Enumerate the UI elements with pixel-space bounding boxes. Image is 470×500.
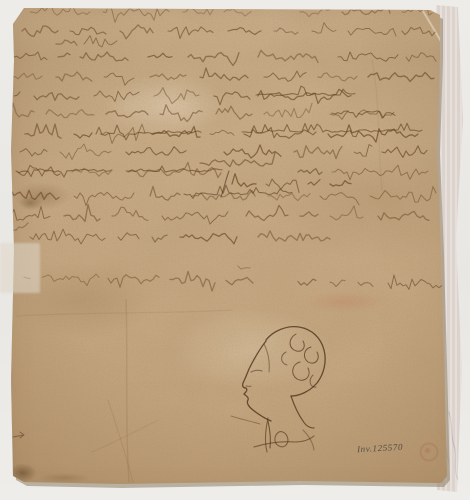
mount-strip-scribbles bbox=[0, 0, 470, 500]
mount-strip bbox=[0, 0, 470, 500]
mount-strip-texture bbox=[0, 0, 470, 500]
photo-frame: Inv.125570 bbox=[0, 0, 470, 500]
handwriting-lines bbox=[4, 3, 445, 291]
inventory-inscription: Inv.125570 bbox=[357, 442, 404, 454]
sheet-shadow bbox=[3, 4, 470, 500]
margin-marks bbox=[13, 432, 24, 438]
profile-head-sketch bbox=[221, 171, 325, 452]
repair-patch bbox=[0, 243, 40, 293]
paper-mottling-texture bbox=[0, 0, 470, 500]
paper-speck-texture bbox=[0, 0, 470, 500]
manuscript-artwork bbox=[0, 0, 470, 500]
collection-stamp-icon bbox=[420, 443, 438, 461]
manuscript-sheet: Inv.125570 bbox=[0, 0, 470, 500]
strikethrough-lines bbox=[16, 86, 422, 198]
crease-lines bbox=[16, 11, 443, 482]
